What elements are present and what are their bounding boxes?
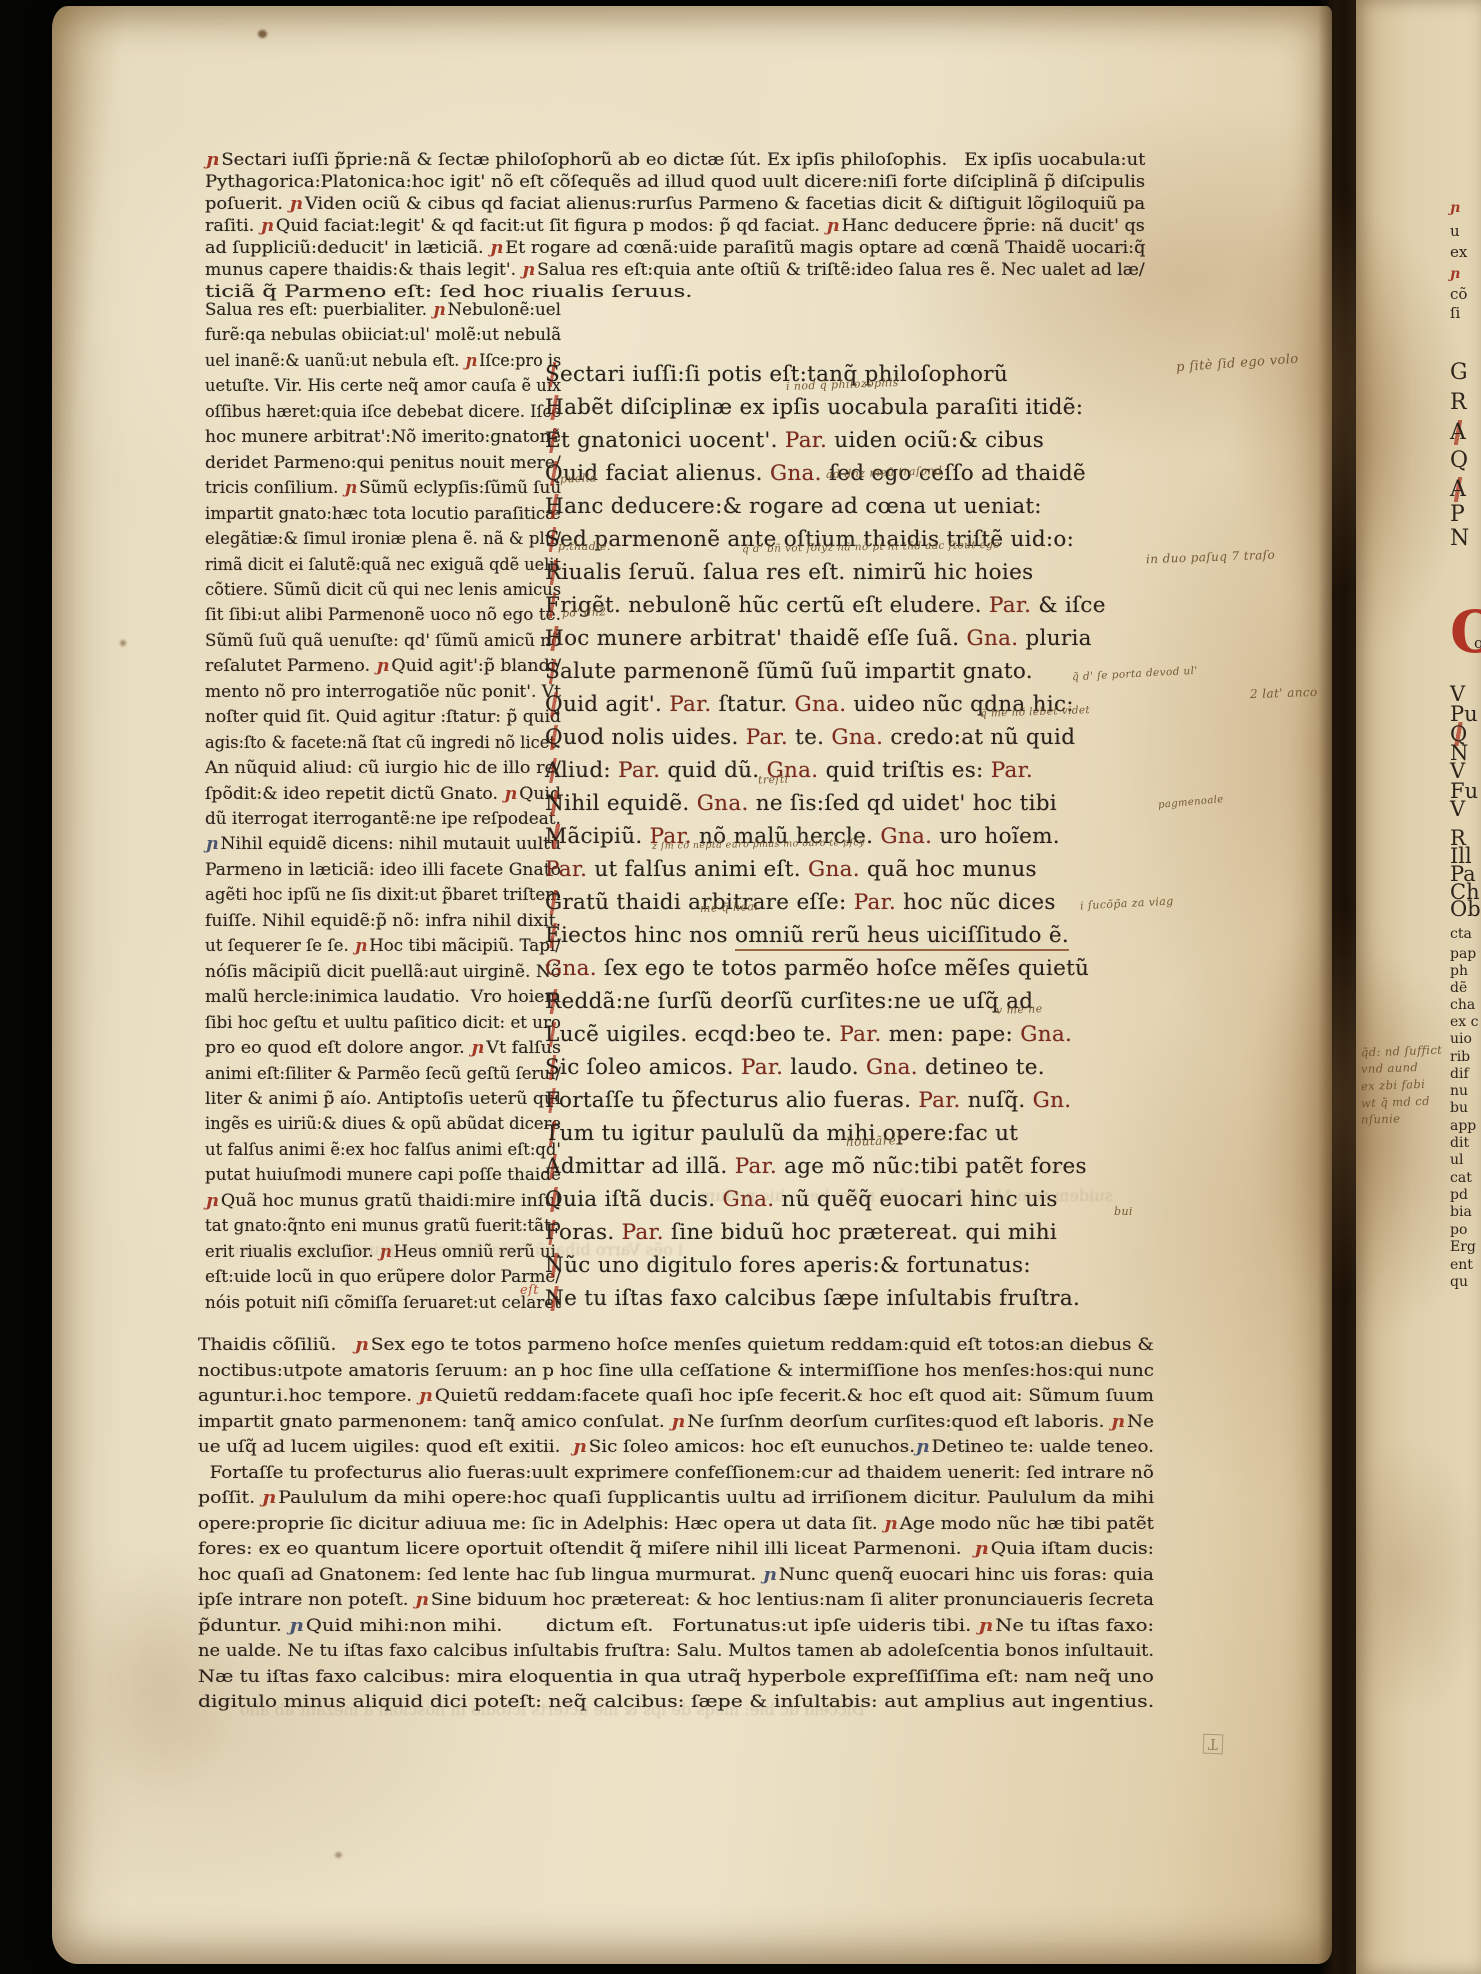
facing-page-text-fragment: rib	[1450, 1049, 1470, 1065]
facing-page-text-fragment: Q	[1450, 448, 1468, 473]
facing-page-text-fragment: dif	[1450, 1066, 1469, 1082]
facing-page-text-fragment: uio	[1450, 1031, 1472, 1047]
facing-page-text-fragment: cta	[1450, 926, 1472, 942]
showthrough-text: i oẽs Varro bihanũ ferie: Nuncius equus …	[230, 1240, 683, 1259]
facing-page-text-fragment: qu	[1450, 1274, 1468, 1290]
facing-page-text-fragment: Ob	[1450, 897, 1481, 921]
facing-page-text-fragment: nu	[1450, 1083, 1468, 1099]
facing-page-text-fragment: ɲ	[1450, 200, 1460, 216]
facing-page-text-fragment: ul	[1450, 1152, 1464, 1168]
facing-page-text-fragment: Erg	[1450, 1239, 1476, 1255]
facing-page-text-fragment: G	[1450, 360, 1468, 385]
facing-page-text-fragment: ex	[1450, 243, 1467, 261]
facing-page-text-fragment: app	[1450, 1118, 1476, 1134]
facing-page-text-fragment: po	[1450, 1222, 1467, 1238]
book-scan: { "document": { "kind": "incunable page …	[0, 0, 1481, 1974]
facing-page-text-fragment: P	[1450, 502, 1465, 527]
facing-page-text-fragment: u	[1450, 222, 1460, 240]
facing-page-text-fragment: cha	[1450, 997, 1475, 1013]
facing-page-text-fragment: ɲ	[1450, 266, 1460, 282]
facing-page-text-fragment: bia	[1450, 1204, 1472, 1220]
facing-page-text-fragment: pd	[1450, 1187, 1468, 1203]
facing-page-text-fragment: N	[1450, 526, 1469, 551]
facing-page-text-fragment: A	[1450, 477, 1466, 502]
next-page-fragments: ɲuexɲcõſiGRAQAPNOoVPuQNVFuVRIllPaChObcta…	[0, 0, 1481, 1974]
signature-mark: T	[1203, 1734, 1224, 1755]
facing-page-text-fragment: A	[1450, 420, 1466, 445]
showthrough-text: suidem rem Moos Neque his retro bene hic…	[700, 1186, 1113, 1205]
facing-page-text-fragment: cat	[1450, 1170, 1472, 1186]
facing-page-text-fragment: ex c	[1450, 1014, 1478, 1030]
facing-page-text-fragment: o	[1474, 634, 1481, 652]
facing-page-text-fragment: ſi	[1450, 304, 1460, 322]
facing-page-text-fragment: bu	[1450, 1100, 1468, 1116]
facing-page-text-fragment: dẽ	[1450, 980, 1467, 996]
facing-page-text-fragment: V	[1450, 797, 1465, 821]
facing-page-text-fragment: ent	[1450, 1257, 1473, 1273]
showthrough-text: Dicceid dc bie: meqs de ips & me ucterts…	[240, 1700, 865, 1719]
facing-page-text-fragment: O	[1450, 598, 1481, 666]
facing-page-text-fragment: pap	[1450, 946, 1476, 962]
facing-page-text-fragment: cõ	[1450, 285, 1467, 303]
facing-page-text-fragment: dit	[1450, 1135, 1469, 1151]
facing-page-text-fragment: R	[1450, 390, 1467, 415]
facing-page-text-fragment: ph	[1450, 963, 1468, 979]
